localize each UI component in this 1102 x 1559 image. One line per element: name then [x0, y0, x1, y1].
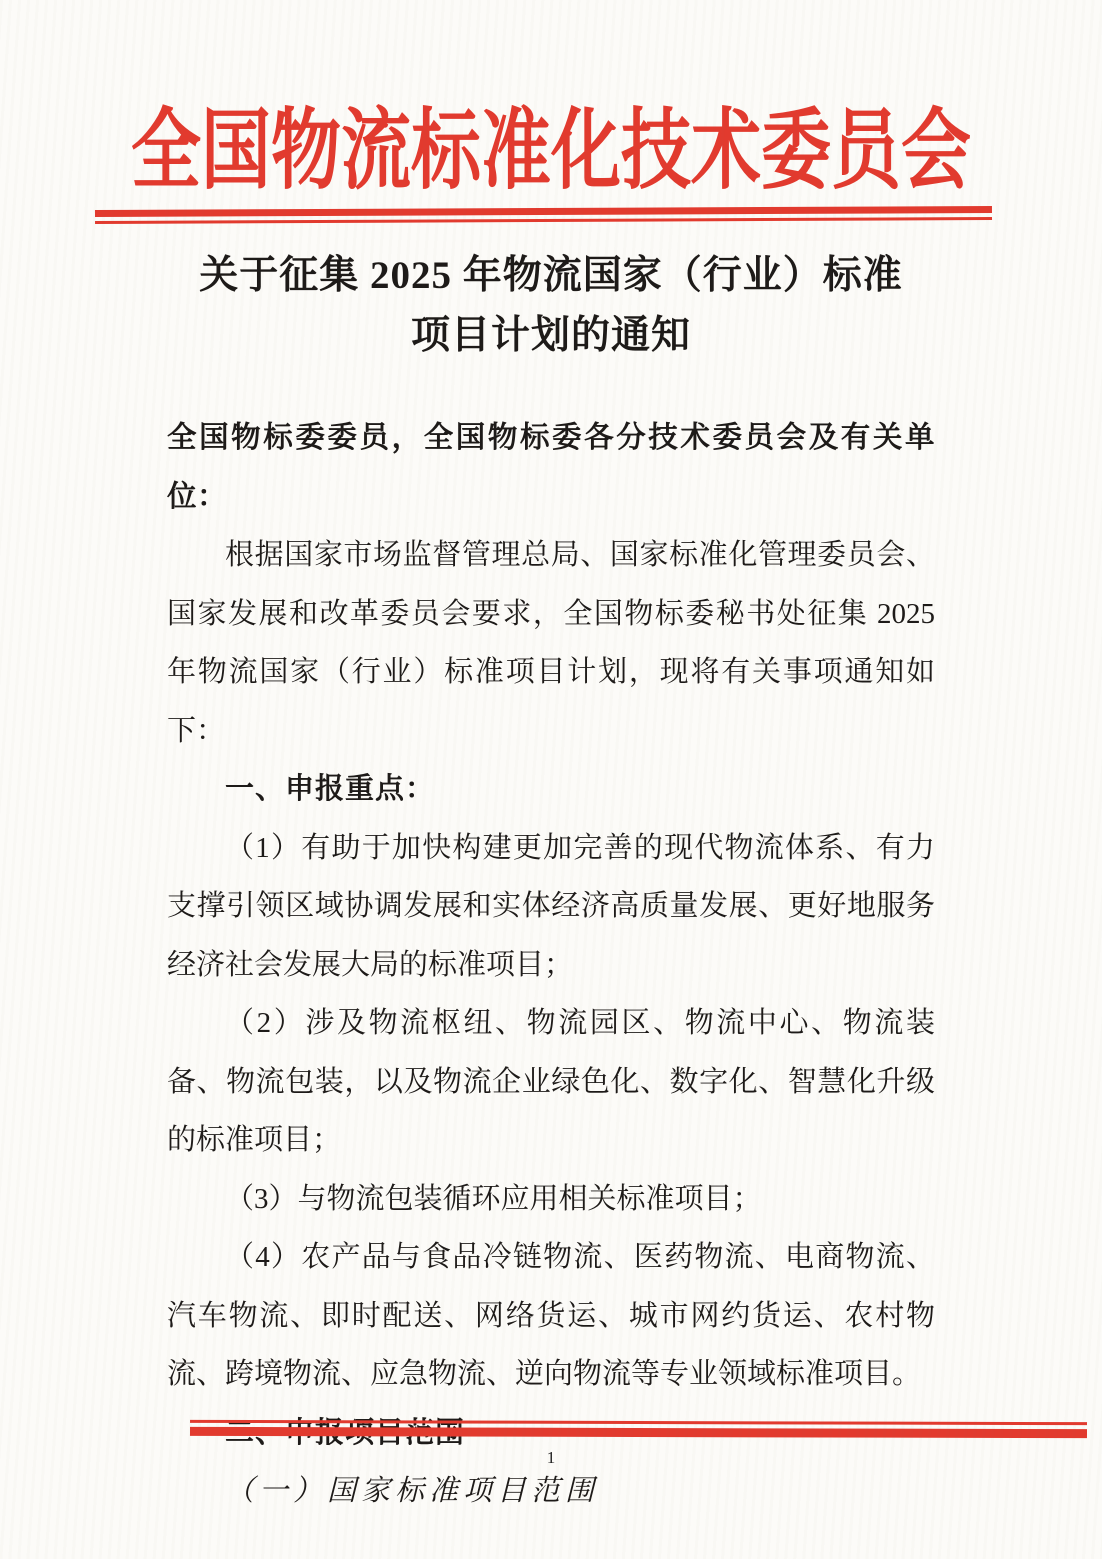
notice-body: 全国物标委委员，全国物标委各分技术委员会及有关单位： 根据国家市场监督管理总局、…	[167, 409, 935, 1521]
salutation-line: 全国物标委委员，全国物标委各分技术委员会及有关单位：	[167, 409, 935, 526]
section-heading-1: 一、申报重点：	[167, 760, 935, 819]
paragraph-item-2: （2）涉及物流枢纽、物流园区、物流中心、物流装备、物流包装，以及物流企业绿色化、…	[167, 994, 935, 1170]
letterhead-org-name: 全国物流标准化技术委员会	[0, 109, 1102, 197]
paragraph-item-4: （4）农产品与食品冷链物流、医药物流、电商物流、汽车物流、即时配送、网络货运、城…	[167, 1228, 935, 1404]
notice-title-line2: 项目计划的通知	[0, 306, 1102, 366]
sub-heading-national-standard-scope: （一）国家标准项目范围	[167, 1462, 935, 1521]
footer-divider	[190, 1420, 1087, 1438]
paragraph-item-3: （3）与物流包装循环应用相关标准项目；	[167, 1170, 935, 1229]
page-number: 1	[0, 1448, 1102, 1468]
notice-title: 关于征集 2025 年物流国家（行业）标准 项目计划的通知	[0, 246, 1102, 366]
document-page: 全国物流标准化技术委员会 关于征集 2025 年物流国家（行业）标准 项目计划的…	[0, 0, 1102, 1559]
paragraph-item-1: （1）有助于加快构建更加完善的现代物流体系、有力支撑引领区域协调发展和实体经济高…	[167, 819, 935, 995]
letterhead-divider	[95, 206, 992, 224]
notice-title-line1: 关于征集 2025 年物流国家（行业）标准	[0, 246, 1102, 306]
paragraph-intro: 根据国家市场监督管理总局、国家标准化管理委员会、国家发展和改革委员会要求，全国物…	[167, 526, 935, 760]
